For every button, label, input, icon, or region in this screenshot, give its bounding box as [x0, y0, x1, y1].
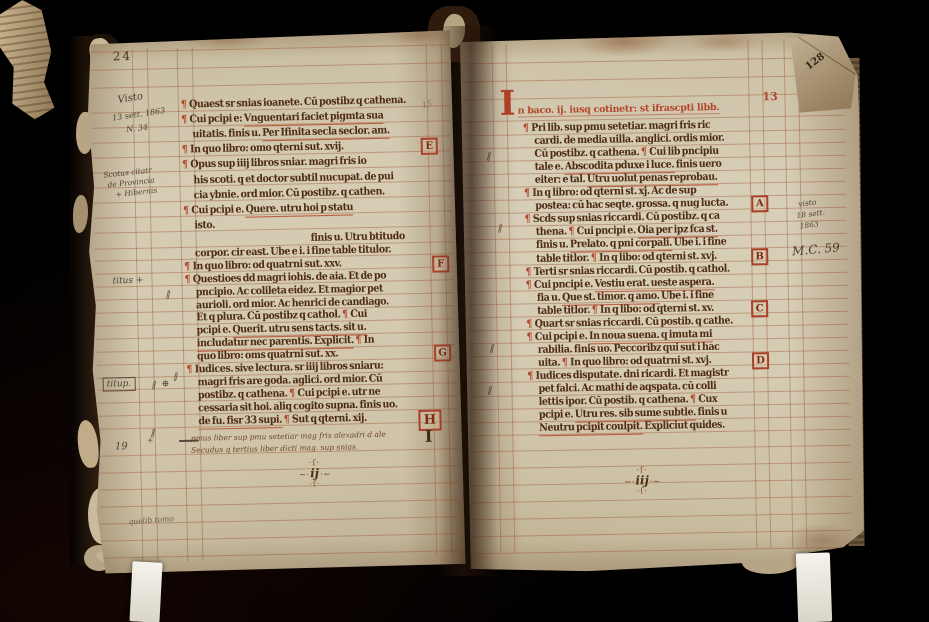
ruling-line: [91, 62, 449, 70]
quire-flourish: ∼: [323, 470, 331, 480]
shelf-mark: M.C. 59: [792, 241, 841, 257]
ruling-line: [100, 499, 458, 507]
left-folio-number: 24: [113, 49, 133, 63]
margin-tick: ∥: [172, 372, 179, 383]
ruling-line: [471, 513, 852, 521]
margin-letter-A: A: [751, 195, 768, 212]
ruling-line: [470, 496, 851, 504]
added-cursive-note: pmus liber sup pmu setetiar mag fris ale…: [191, 430, 386, 443]
manuscript-line: cia ybnie. ord mior. Cū postibz. q cathe…: [194, 186, 385, 201]
quire-signature: ·ſ· ∼·ij·∼ ·ſ·: [291, 459, 338, 488]
manuscript-line: uitatis. finis u. Per Ifinita secla secl…: [192, 126, 389, 141]
manuscript-photo: 24 15 Visto 13 sett. 1863 N. 34 Scotus c…: [0, 0, 929, 622]
margin-letter-D: D: [752, 352, 769, 369]
red-folio-number: 13: [762, 90, 778, 103]
manuscript-line: de fu. fisr 33 supi. ¶ Sut q qterni. xij…: [198, 413, 367, 428]
manuscript-line: corpor. cir east. Ube e i. i fine table …: [195, 244, 391, 259]
ruling-grid: [82, 28, 454, 36]
manuscript-line: isto.: [194, 220, 215, 231]
quire-ornament: ·ſ·: [292, 480, 338, 488]
ruling-line: [463, 57, 844, 65]
marginal-word: titus +: [112, 275, 143, 288]
ruling-line: [101, 533, 459, 541]
marginal-word-boxed: titup.: [103, 377, 136, 392]
bottom-scribble: quelib tomo: [128, 513, 174, 528]
manuscript-line: ¶ Opus sup iiij libros sniar. magri fris…: [193, 156, 367, 171]
ruling-line: [91, 80, 449, 88]
margin-letter-F: F: [432, 255, 449, 272]
manuscript-line: ¶ Cui pcipi e. Quere. utru hoi p statu: [194, 202, 353, 216]
manuscript-line: ¶ Quaest sr snias ioanete. Cū postibz q …: [192, 95, 406, 110]
library-date-stamp: N. 34: [126, 122, 149, 137]
manuscript-line: ¶ Cui pcipi e: Vnguentari faciet pigmta …: [192, 111, 383, 126]
margin-letter-B: B: [751, 248, 768, 265]
margin-letter-E: E: [421, 138, 438, 155]
left-page-added-note: pmus liber sup pmu setetiar mag fris ale…: [82, 28, 454, 36]
margin-symbol: ⊕: [162, 378, 170, 390]
manuscript-line: Neutru pcipit coulpit. Expliciut quides.: [539, 420, 725, 434]
added-cursive-note: Secudus q tertius liber dicti mag. sup s…: [191, 442, 358, 454]
margin-tick: ∥: [489, 344, 496, 355]
ruling-line: [471, 530, 852, 538]
stain: [576, 27, 672, 58]
left-page: 24 15 Visto 13 sett. 1863 N. 34 Scotus c…: [82, 28, 465, 576]
library-date-stamp: 1863: [799, 218, 819, 232]
manuscript-line: his scoti. q et doctor subtil nucupat. d…: [193, 171, 393, 186]
ruling-line: [470, 445, 851, 453]
margin-tick: ∥: [497, 223, 504, 234]
book-cradle-strap-left: [129, 561, 162, 622]
quire-ornament: ·ſ·: [619, 487, 665, 495]
stain: [382, 28, 452, 46]
book-cradle-strap-right: [796, 552, 832, 622]
ruling-line: [91, 44, 449, 52]
ruling-line: [463, 75, 844, 83]
rubric-initial: I: [499, 87, 515, 121]
margin-number: 19: [115, 441, 128, 453]
ruling-line: [101, 550, 459, 558]
right-page: 128 13 I n baco. ij. iusq cotinetr: st i…: [458, 27, 867, 576]
right-page-text: ¶ Pri lib. sup pmu setetiar. magri fris …: [458, 27, 858, 34]
ruling-line: [100, 465, 458, 473]
margin-letter-G: G: [434, 344, 451, 361]
manuscript-line: ¶ In quo libro: omo qterni sut. xvij.: [193, 142, 344, 156]
manuscript-line: includatur nec parentis. Explicit. ¶ In: [197, 335, 375, 350]
quire-signature: ·ſ· ∼·iij·∼ ·ſ·: [619, 466, 665, 495]
quire-flourish: ∼: [653, 477, 661, 487]
margin-letter-I-stroke: I: [425, 429, 433, 445]
corner-folio-number: 128: [804, 51, 827, 72]
margin-letter-C: C: [751, 300, 768, 317]
torn-leather-strap: [0, 0, 58, 122]
rubric-heading: n baco. ij. iusq cotinetr: st ifrascpti …: [518, 103, 720, 118]
folded-corner: 128: [790, 30, 857, 113]
manuscript-line: cessaria sit hoi. aliq cogito supna. fin…: [198, 399, 398, 414]
ruling-grid: [458, 27, 858, 34]
left-page-text: ¶ Quaest sr snias ioanete. Cū postibz q …: [82, 28, 454, 36]
manuscript-line: finis u. Utru btitudo: [311, 231, 405, 244]
ruling-line: [471, 547, 852, 555]
faint-pencil-number: 15: [421, 98, 433, 112]
library-date-stamp: Visto: [117, 91, 144, 107]
ruling-line: [100, 482, 458, 490]
ruling-line: [463, 93, 844, 101]
